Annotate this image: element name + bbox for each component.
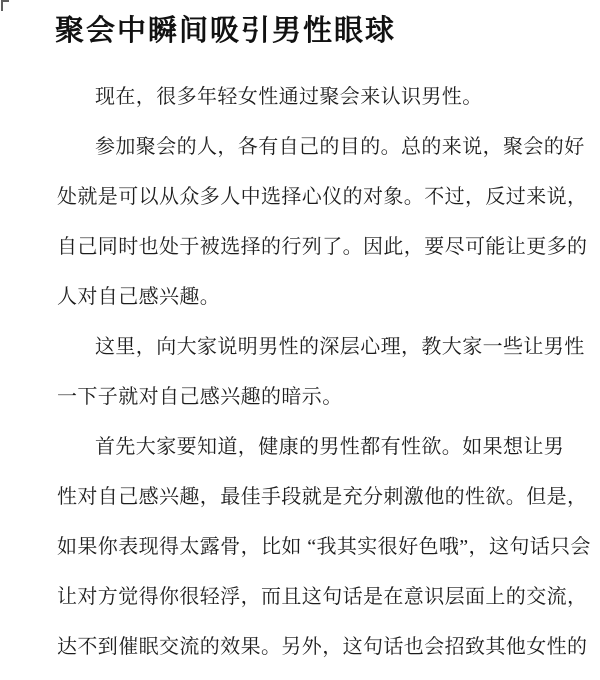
- text-line: 达不到催眠交流的效果。另外，这句话也会招致其他女性的: [57, 622, 557, 672]
- text-line: 人对自己感兴趣。: [57, 272, 557, 322]
- text-line: 现在，很多年轻女性通过聚会来认识男性。: [57, 72, 557, 122]
- document-page: 聚会中瞬间吸引男性眼球 现在，很多年轻女性通过聚会来认识男性。参加聚会的人，各有…: [0, 0, 600, 680]
- text-line: 参加聚会的人，各有自己的目的。总的来说，聚会的好: [57, 122, 557, 172]
- body-text: 现在，很多年轻女性通过聚会来认识男性。参加聚会的人，各有自己的目的。总的来说，聚…: [57, 72, 557, 672]
- text-line: 一下子就对自己感兴趣的暗示。: [57, 372, 557, 422]
- text-line: 性对自己感兴趣，最佳手段就是充分刺激他的性欲。但是，: [57, 472, 557, 522]
- text-line: 这里，向大家说明男性的深层心理，教大家一些让男性: [57, 322, 557, 372]
- text-line: 让对方觉得你很轻浮，而且这句话是在意识层面上的交流，: [57, 572, 557, 622]
- text-line: 处就是可以从众多人中选择心仪的对象。不过，反过来说，: [57, 172, 557, 222]
- text-line: 自己同时也处于被选择的行列了。因此，要尽可能让更多的: [57, 222, 557, 272]
- text-line: 首先大家要知道，健康的男性都有性欲。如果想让男: [57, 422, 557, 472]
- text-line: 如果你表现得太露骨，比如 “我其实很好色哦”，这句话只会: [57, 522, 557, 572]
- page-title: 聚会中瞬间吸引男性眼球: [55, 8, 396, 49]
- scan-artifact-mark: [1, 0, 9, 11]
